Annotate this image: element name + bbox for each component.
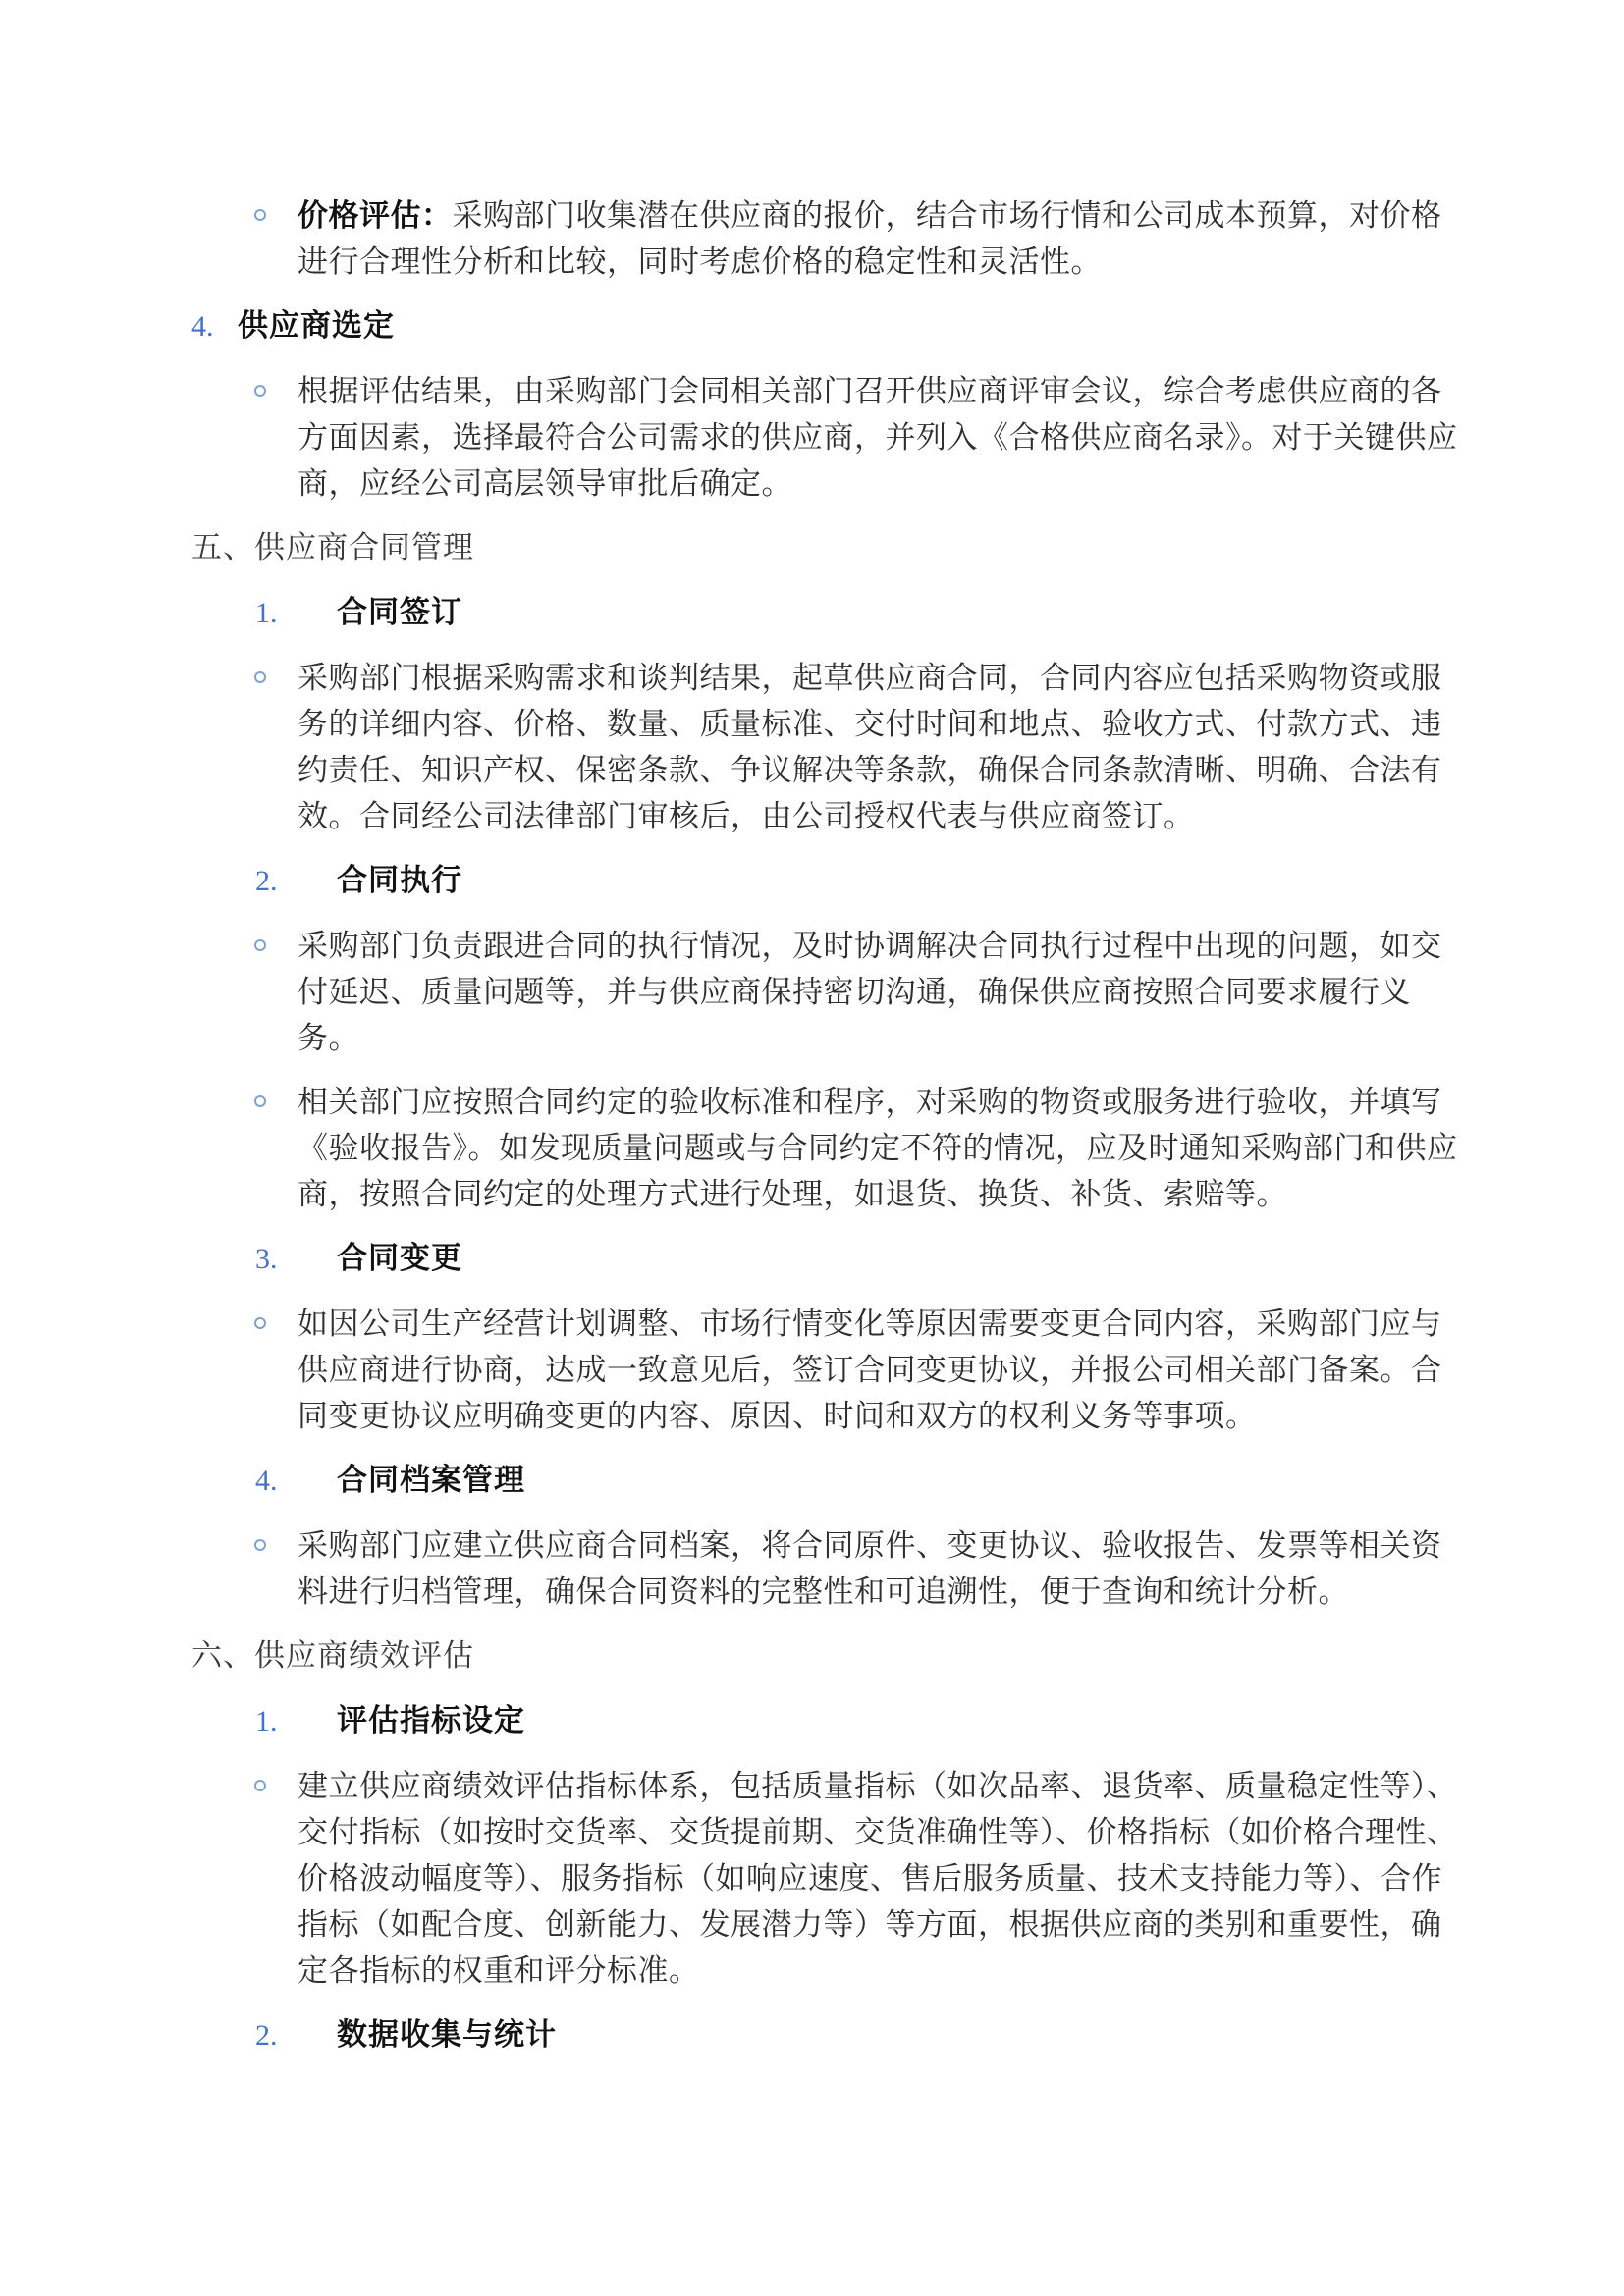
paragraph: 价格评估：采购部门收集潜在供应商的报价，结合市场行情和公司成本预算，对价格进行合…	[298, 192, 1471, 285]
numbered-heading-level2: 4.合同档案管理	[0, 1457, 1624, 1505]
section-heading: 五、供应商合同管理	[0, 524, 1624, 571]
circle-bullet-icon	[254, 1317, 266, 1329]
list-bullet-item: 采购部门根据采购需求和谈判结果，起草供应商合同，合同内容应包括采购物资或服务的详…	[0, 655, 1624, 839]
heading-label: 合同执行	[337, 863, 462, 897]
circle-bullet-icon	[254, 939, 266, 951]
list-bullet-item: 价格评估：采购部门收集潜在供应商的报价，结合市场行情和公司成本预算，对价格进行合…	[0, 192, 1624, 285]
paragraph-text: 如因公司生产经营计划调整、市场行情变化等原因需要变更合同内容，采购部门应与供应商…	[298, 1301, 1471, 1439]
heading-number: 4.	[191, 303, 238, 350]
circle-bullet-icon	[254, 1780, 266, 1791]
circle-bullet-icon	[254, 385, 266, 397]
section-heading: 六、供应商绩效评估	[0, 1632, 1624, 1680]
list-bullet-item: 建立供应商绩效评估指标体系，包括质量指标（如次品率、退货率、质量稳定性等）、交付…	[0, 1763, 1624, 1994]
heading-label: 数据收集与统计	[337, 2017, 557, 2052]
heading-number: 2.	[255, 858, 337, 905]
circle-bullet-icon	[254, 671, 266, 683]
list-bullet-item: 如因公司生产经营计划调整、市场行情变化等原因需要变更合同内容，采购部门应与供应商…	[0, 1301, 1624, 1439]
numbered-heading-level2: 1.评估指标设定	[0, 1697, 1624, 1745]
numbered-heading-level2: 2.数据收集与统计	[0, 2011, 1624, 2059]
numbered-heading-level2: 2.合同执行	[0, 857, 1624, 905]
document-content: 价格评估：采购部门收集潜在供应商的报价，结合市场行情和公司成本预算，对价格进行合…	[0, 0, 1624, 2059]
heading-label: 合同变更	[337, 1241, 462, 1275]
heading-number: 2.	[255, 2012, 337, 2059]
list-bullet-item: 采购部门负责跟进合同的执行情况，及时协调解决合同执行过程中出现的问题，如交付延迟…	[0, 923, 1624, 1061]
numbered-heading-level1: 4.供应商选定	[0, 302, 1624, 350]
list-bullet-item: 采购部门应建立供应商合同档案，将合同原件、变更协议、验收报告、发票等相关资料进行…	[0, 1522, 1624, 1615]
paragraph-text: 相关部门应按照合同约定的验收标准和程序，对采购的物资或服务进行验收，并填写《验收…	[298, 1079, 1471, 1217]
numbered-heading-level2: 3.合同变更	[0, 1235, 1624, 1283]
document-page: 价格评估：采购部门收集潜在供应商的报价，结合市场行情和公司成本预算，对价格进行合…	[0, 0, 1624, 2296]
paragraph-text: 采购部门负责跟进合同的执行情况，及时协调解决合同执行过程中出现的问题，如交付延迟…	[298, 923, 1471, 1061]
paragraph-lead: 价格评估：	[298, 198, 453, 233]
heading-label: 供应商选定	[238, 308, 395, 343]
heading-label: 合同档案管理	[337, 1463, 525, 1497]
heading-number: 4.	[255, 1458, 337, 1505]
list-bullet-item: 相关部门应按照合同约定的验收标准和程序，对采购的物资或服务进行验收，并填写《验收…	[0, 1079, 1624, 1217]
paragraph-text: 建立供应商绩效评估指标体系，包括质量指标（如次品率、退货率、质量稳定性等）、交付…	[298, 1763, 1471, 1994]
heading-label: 评估指标设定	[337, 1703, 525, 1737]
paragraph-text: 采购部门收集潜在供应商的报价，结合市场行情和公司成本预算，对价格进行合理性分析和…	[298, 198, 1442, 279]
circle-bullet-icon	[254, 209, 266, 221]
heading-number: 1.	[255, 590, 337, 637]
circle-bullet-icon	[254, 1539, 266, 1551]
numbered-heading-level2: 1.合同签订	[0, 589, 1624, 637]
heading-label: 合同签订	[337, 595, 462, 629]
heading-number: 3.	[255, 1236, 337, 1283]
paragraph-text: 采购部门应建立供应商合同档案，将合同原件、变更协议、验收报告、发票等相关资料进行…	[298, 1522, 1471, 1615]
paragraph-text: 根据评估结果，由采购部门会同相关部门召开供应商评审会议，综合考虑供应商的各方面因…	[298, 368, 1471, 507]
list-bullet-item: 根据评估结果，由采购部门会同相关部门召开供应商评审会议，综合考虑供应商的各方面因…	[0, 368, 1624, 507]
circle-bullet-icon	[254, 1095, 266, 1107]
paragraph-text: 采购部门根据采购需求和谈判结果，起草供应商合同，合同内容应包括采购物资或服务的详…	[298, 655, 1471, 839]
heading-number: 1.	[255, 1698, 337, 1745]
